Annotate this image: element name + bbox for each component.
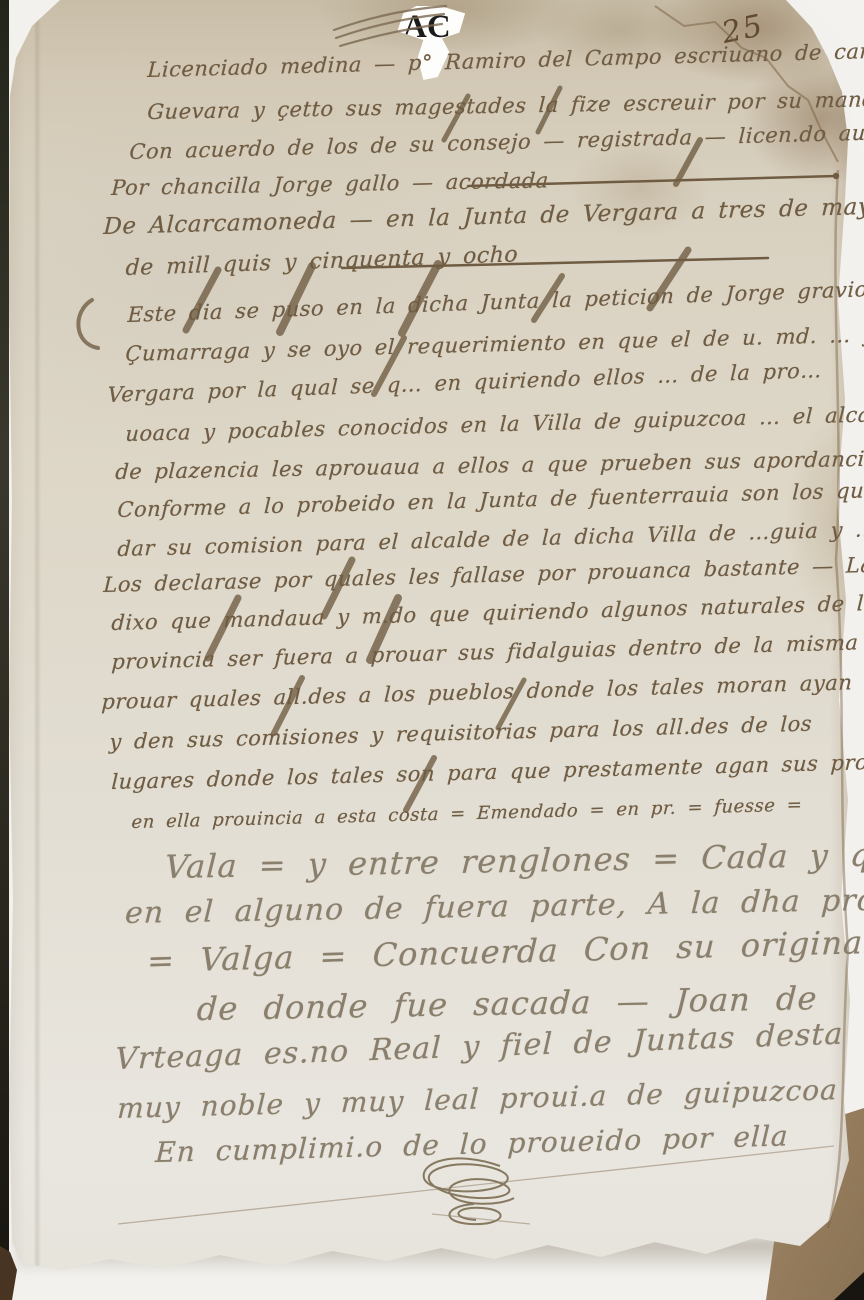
manuscript-scan: AC 25	[0, 0, 864, 1300]
binding-edge	[0, 0, 9, 1300]
